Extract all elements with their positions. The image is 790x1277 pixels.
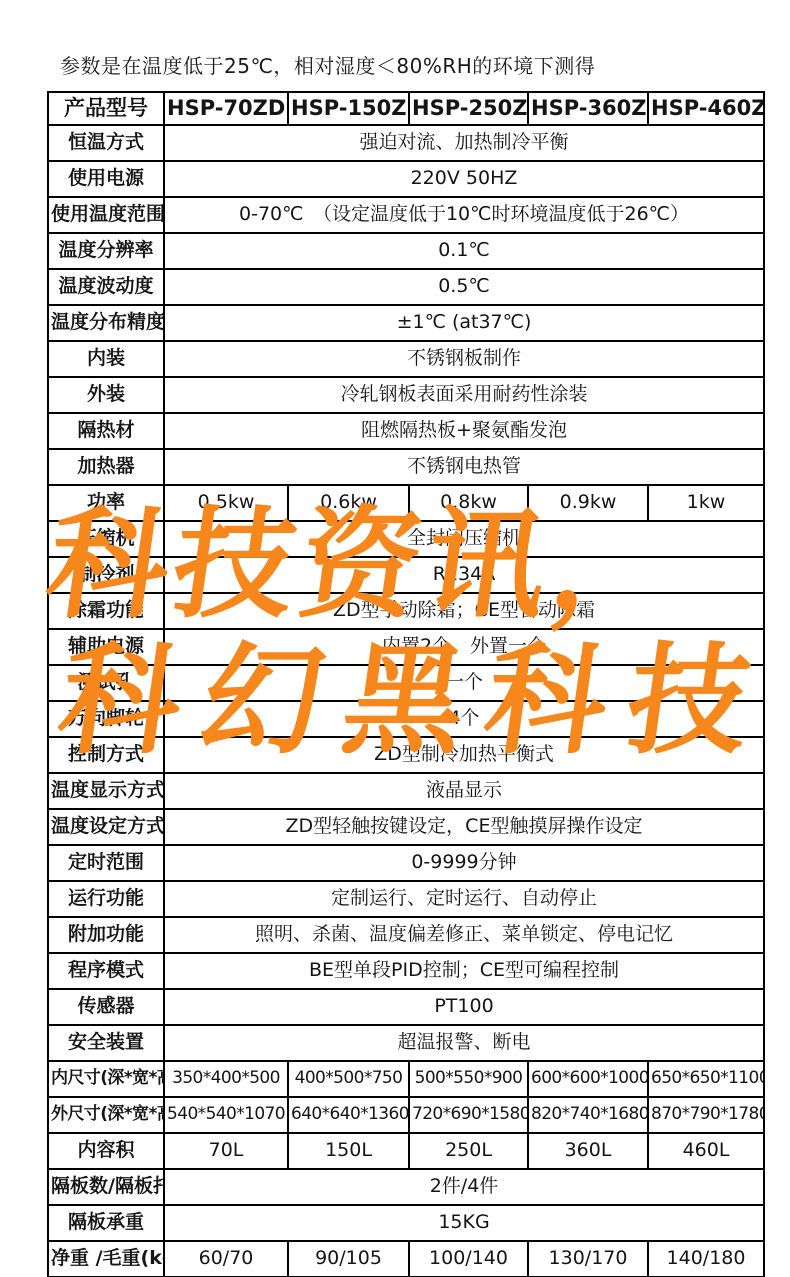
row-value-cell: 100/140 [409, 1241, 528, 1277]
row-value-cell: 0.6kw [288, 485, 409, 521]
model-header: HSP-150ZD [288, 92, 409, 125]
table-row: 压缩机全封闭压缩机 [48, 521, 764, 557]
row-label: 运行功能 [48, 881, 164, 917]
table-row: 运行功能定制运行、定时运行、自动停止 [48, 881, 764, 917]
table-row: 内装不锈钢板制作 [48, 341, 764, 377]
table-row: 内容积70L150L250L360L460L [48, 1133, 764, 1169]
table-row: 使用电源220V 50HZ [48, 161, 764, 197]
row-value-cell: 250L [409, 1133, 528, 1169]
row-value-span: 220V 50HZ [164, 161, 764, 197]
row-value-cell: 0.9kw [528, 485, 648, 521]
table-row: 恒温方式强迫对流、加热制冷平衡 [48, 125, 764, 161]
row-label: 内容积 [48, 1133, 164, 1169]
row-label: 附加功能 [48, 917, 164, 953]
row-label: 除霜功能 [48, 593, 164, 629]
row-label: 内装 [48, 341, 164, 377]
header-label: 产品型号 [48, 92, 164, 125]
table-row: 测试孔一个 [48, 665, 764, 701]
row-label: 功率 [48, 485, 164, 521]
row-value-cell: 640*640*1360 [288, 1097, 409, 1133]
table-row: 温度波动度0.5℃ [48, 269, 764, 305]
row-value-span: ±1℃ (at37℃) [164, 305, 764, 341]
table-row: 隔板承重15KG [48, 1205, 764, 1241]
row-value-cell: 820*740*1680 [528, 1097, 648, 1133]
model-header: HSP-460ZD [648, 92, 764, 125]
row-value-cell: 540*540*1070 [164, 1097, 288, 1133]
row-value-span: 15KG [164, 1205, 764, 1241]
row-value-span: BE型单段PID控制；CE型可编程控制 [164, 953, 764, 989]
row-value-cell: 500*550*900 [409, 1061, 528, 1097]
row-label: 安全装置 [48, 1025, 164, 1061]
table-row: 定时范围0-9999分钟 [48, 845, 764, 881]
row-value-cell: 60/70 [164, 1241, 288, 1277]
table-row: 制冷剂R134A [48, 557, 764, 593]
row-label: 隔热材 [48, 413, 164, 449]
row-label: 外尺寸(深*宽*高) [48, 1097, 164, 1133]
row-value-span: ZD型轻触按键设定，CE型触摸屏操作设定 [164, 809, 764, 845]
row-label: 使用温度范围 [48, 197, 164, 233]
row-value-span: ZD型制冷加热平衡式 [164, 737, 764, 773]
table-row: 温度分辨率0.1℃ [48, 233, 764, 269]
row-value-cell: 1kw [648, 485, 764, 521]
row-value-span: 超温报警、断电 [164, 1025, 764, 1061]
row-value-cell: 0.5kw [164, 485, 288, 521]
row-value-span: R134A [164, 557, 764, 593]
row-label: 温度显示方式 [48, 773, 164, 809]
row-label: 测试孔 [48, 665, 164, 701]
row-value-cell: 130/170 [528, 1241, 648, 1277]
row-label: 控制方式 [48, 737, 164, 773]
table-row: 温度显示方式液晶显示 [48, 773, 764, 809]
table-row: 外尺寸(深*宽*高)540*540*1070640*640*1360720*69… [48, 1097, 764, 1133]
row-value-cell: 720*690*1580 [409, 1097, 528, 1133]
row-label: 制冷剂 [48, 557, 164, 593]
table-row: 程序模式BE型单段PID控制；CE型可编程控制 [48, 953, 764, 989]
row-value-span: 0.1℃ [164, 233, 764, 269]
table-row: 隔板数/隔板托架2件/4件 [48, 1169, 764, 1205]
row-value-cell: 600*600*1000 [528, 1061, 648, 1097]
row-value-cell: 150L [288, 1133, 409, 1169]
measurement-conditions-caption: 参数是在温度低于25℃，相对湿度＜80%RH的环境下测得 [60, 50, 595, 79]
row-value-span: 不锈钢电热管 [164, 449, 764, 485]
row-value-cell: 870*790*1780 [648, 1097, 764, 1133]
table-row: 万向脚轮4个 [48, 701, 764, 737]
row-value-span: 定制运行、定时运行、自动停止 [164, 881, 764, 917]
row-value-span: 一个 [164, 665, 764, 701]
row-value-span: 0-70℃ （设定温度低于10℃时环境温度低于26℃） [164, 197, 764, 233]
table-row: 辅助电源内置2个、外置一个 [48, 629, 764, 665]
table-row: 外装冷轧钢板表面采用耐药性涂装 [48, 377, 764, 413]
row-label: 定时范围 [48, 845, 164, 881]
row-label: 温度波动度 [48, 269, 164, 305]
row-label: 加热器 [48, 449, 164, 485]
row-value-span: PT100 [164, 989, 764, 1025]
row-value-cell: 360L [528, 1133, 648, 1169]
table-row: 安全装置超温报警、断电 [48, 1025, 764, 1061]
row-value-span: 2件/4件 [164, 1169, 764, 1205]
row-value-span: 冷轧钢板表面采用耐药性涂装 [164, 377, 764, 413]
row-label: 隔板承重 [48, 1205, 164, 1241]
spec-sheet-page: 参数是在温度低于25℃，相对湿度＜80%RH的环境下测得 产品型号 HSP-70… [0, 0, 790, 1277]
table-row: 使用温度范围0-70℃ （设定温度低于10℃时环境温度低于26℃） [48, 197, 764, 233]
row-value-span: 不锈钢板制作 [164, 341, 764, 377]
table-row: 温度设定方式ZD型轻触按键设定，CE型触摸屏操作设定 [48, 809, 764, 845]
product-spec-table: 产品型号 HSP-70ZD HSP-150ZD HSP-250ZD HSP-36… [47, 91, 765, 1277]
table-row: 温度分布精度±1℃ (at37℃) [48, 305, 764, 341]
table-row: 隔热材阻燃隔热板+聚氨酯发泡 [48, 413, 764, 449]
row-value-span: 4个 [164, 701, 764, 737]
model-header: HSP-360ZD [528, 92, 648, 125]
row-label: 温度设定方式 [48, 809, 164, 845]
row-label: 辅助电源 [48, 629, 164, 665]
model-header: HSP-250ZD [409, 92, 528, 125]
row-label: 压缩机 [48, 521, 164, 557]
row-label: 外装 [48, 377, 164, 413]
row-value-span: 0-9999分钟 [164, 845, 764, 881]
row-value-cell: 70L [164, 1133, 288, 1169]
row-value-cell: 90/105 [288, 1241, 409, 1277]
row-label: 使用电源 [48, 161, 164, 197]
table-row: 净重 /毛重(kg)60/7090/105100/140130/170140/1… [48, 1241, 764, 1277]
row-label: 传感器 [48, 989, 164, 1025]
row-label: 万向脚轮 [48, 701, 164, 737]
row-value-span: 0.5℃ [164, 269, 764, 305]
table-row: 除霜功能ZD型手动除霜；CE型自动除霜 [48, 593, 764, 629]
table-row: 功率0.5kw0.6kw0.8kw0.9kw1kw [48, 485, 764, 521]
row-value-span: 照明、杀菌、温度偏差修正、菜单锁定、停电记忆 [164, 917, 764, 953]
row-label: 温度分辨率 [48, 233, 164, 269]
row-value-cell: 400*500*750 [288, 1061, 409, 1097]
row-value-cell: 140/180 [648, 1241, 764, 1277]
row-label: 隔板数/隔板托架 [48, 1169, 164, 1205]
row-value-cell: 650*650*1100 [648, 1061, 764, 1097]
row-value-span: 液晶显示 [164, 773, 764, 809]
spec-table-body: 恒温方式强迫对流、加热制冷平衡使用电源220V 50HZ使用温度范围0-70℃ … [48, 125, 764, 1277]
table-row: 附加功能照明、杀菌、温度偏差修正、菜单锁定、停电记忆 [48, 917, 764, 953]
table-row: 控制方式ZD型制冷加热平衡式 [48, 737, 764, 773]
row-value-span: 阻燃隔热板+聚氨酯发泡 [164, 413, 764, 449]
row-label: 温度分布精度 [48, 305, 164, 341]
table-row: 内尺寸(深*宽*高)350*400*500400*500*750500*550*… [48, 1061, 764, 1097]
table-header-row: 产品型号 HSP-70ZD HSP-150ZD HSP-250ZD HSP-36… [48, 92, 764, 125]
row-value-span: 内置2个、外置一个 [164, 629, 764, 665]
row-value-cell: 350*400*500 [164, 1061, 288, 1097]
row-label: 净重 /毛重(kg) [48, 1241, 164, 1277]
model-header: HSP-70ZD [164, 92, 288, 125]
row-label: 恒温方式 [48, 125, 164, 161]
table-row: 加热器不锈钢电热管 [48, 449, 764, 485]
row-label: 内尺寸(深*宽*高) [48, 1061, 164, 1097]
table-row: 传感器PT100 [48, 989, 764, 1025]
row-value-span: 强迫对流、加热制冷平衡 [164, 125, 764, 161]
row-value-cell: 0.8kw [409, 485, 528, 521]
row-value-span: 全封闭压缩机 [164, 521, 764, 557]
row-label: 程序模式 [48, 953, 164, 989]
row-value-cell: 460L [648, 1133, 764, 1169]
row-value-span: ZD型手动除霜；CE型自动除霜 [164, 593, 764, 629]
